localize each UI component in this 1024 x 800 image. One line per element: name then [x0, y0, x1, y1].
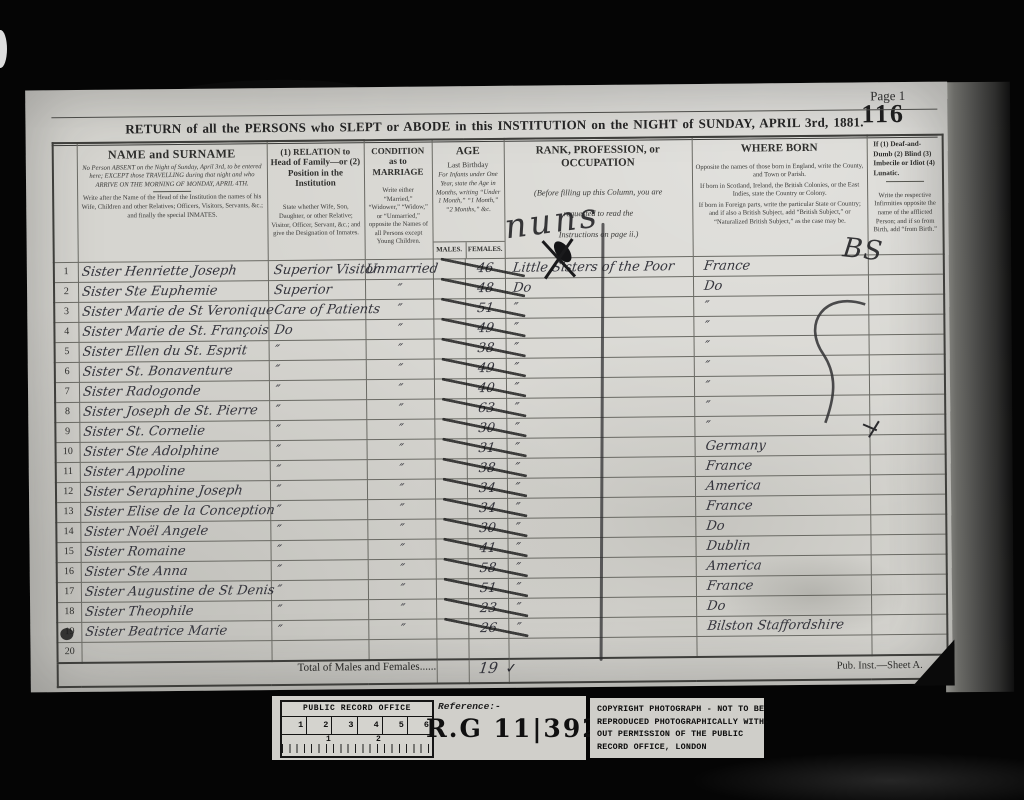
- cell-rel: ″: [270, 460, 367, 481]
- col-name: NAME and SURNAME No Person ABSENT on the…: [77, 141, 268, 262]
- col-age-subtitle: Last Birthday: [432, 157, 503, 169]
- cell-cond: ″: [367, 439, 435, 460]
- handwritten-entry: ″: [397, 421, 404, 438]
- col-age-title: AGE: [432, 145, 503, 158]
- cell-rel: ″: [269, 340, 366, 361]
- col-row-number: [53, 143, 78, 263]
- sheet-footer-note: Pub. Inst.—Sheet A.: [837, 660, 923, 672]
- col-where-born-instructions-3: If born in Foreign parts, write the part…: [693, 198, 867, 227]
- handwritten-entry: ″: [398, 581, 405, 598]
- handwritten-entry: France: [704, 457, 753, 474]
- ink-blot: [60, 628, 73, 640]
- total-females-cell: 19 ✓: [469, 659, 509, 683]
- cell-inf: [868, 274, 944, 295]
- cell-rel: ″: [271, 620, 368, 641]
- film-bottom-glow: [690, 752, 1024, 800]
- handwritten-entry: Do: [273, 322, 293, 339]
- cell-cond: ″: [367, 539, 435, 560]
- col-name-instructions-1: No Person ABSENT on the Night of Sunday,…: [77, 161, 266, 191]
- cell-name: Sister St. Bonaventure: [79, 361, 269, 383]
- cell-inf: [868, 294, 944, 315]
- cell-cond: ″: [368, 559, 436, 580]
- handwritten-entry: ″: [276, 622, 283, 639]
- col-age-instructions: For Infants under One Year, state the Ag…: [432, 169, 503, 214]
- handwritten-entry: ″: [396, 341, 403, 358]
- cell-fem: 34: [467, 498, 507, 518]
- cell-occ: ″: [505, 317, 693, 339]
- handwritten-entry: Sister Beatrice Marie: [84, 623, 228, 641]
- cell-num: 15: [56, 542, 80, 562]
- cell-inf: [870, 454, 946, 475]
- cell-num: 11: [56, 462, 80, 482]
- copyright-line: OUT PERMISSION OF THE PUBLIC: [597, 728, 764, 741]
- pro-office-label: PUBLIC RECORD OFFICE: [282, 702, 432, 717]
- cell-num: 2: [54, 282, 78, 302]
- handwritten-entry: ″: [396, 301, 403, 318]
- cell-rel: ″: [269, 420, 366, 441]
- ruler-ticks: 1 2: [282, 735, 432, 753]
- handwritten-entry: ″: [703, 378, 710, 395]
- col-name-instructions-2: Write after the Name of the Head of the …: [78, 192, 267, 222]
- handwritten-entry: ″: [398, 561, 405, 578]
- cell-num: 4: [54, 322, 78, 342]
- total-males-cell: [437, 659, 469, 683]
- handwritten-entry: France: [702, 257, 751, 274]
- cell-name: Sister Marie de St Veronique: [78, 301, 268, 323]
- cell-cond: ″: [367, 479, 435, 500]
- handwritten-entry: ″: [274, 442, 281, 459]
- handwritten-entry: Sister Augustine de St Denis: [83, 582, 275, 601]
- handwritten-entry: Sister Radogonde: [81, 383, 201, 401]
- cell-fem: 30: [466, 418, 506, 438]
- cell-born: America: [695, 475, 870, 497]
- cell-name: Sister Theophile: [81, 601, 271, 623]
- cell-cond: ″: [366, 379, 434, 400]
- handwritten-entry: ″: [396, 361, 403, 378]
- cell-born: Do: [693, 275, 868, 297]
- cell-fem: 49: [465, 318, 505, 338]
- cell-num: 14: [56, 522, 80, 542]
- header-row: NAME and SURNAME No Person ABSENT on the…: [53, 135, 944, 263]
- divider: [886, 181, 924, 182]
- cell-fem: 23: [468, 598, 508, 618]
- ruler-sub-number: 2: [376, 735, 381, 744]
- cell-num: 13: [56, 502, 80, 522]
- handwritten-entry: America: [704, 477, 761, 495]
- cell-name: Sister Romaine: [80, 541, 270, 563]
- cell-fem: 34: [467, 478, 507, 498]
- ruler-number: 1: [282, 717, 307, 734]
- census-sheet: Page 1 116 RETURN of all the PERSONS who…: [25, 82, 953, 693]
- handwritten-entry: ″: [274, 422, 281, 439]
- handwritten-entry: ″: [274, 402, 281, 419]
- cell-num: 9: [55, 422, 79, 442]
- handwritten-entry: ″: [396, 321, 403, 338]
- col-condition-instructions: Write either “Married,” “Widower,” “Wido…: [365, 185, 433, 248]
- cell-occ: ″: [506, 337, 694, 359]
- cell-rel: ″: [269, 400, 366, 421]
- ruler-number: 4: [358, 717, 383, 734]
- cell-rel: [271, 640, 368, 661]
- cell-inf: [869, 394, 945, 415]
- cell-fem: [468, 638, 508, 659]
- cell-num: 8: [55, 402, 79, 422]
- smudge-stain: [718, 550, 909, 638]
- cell-name: Sister Appoline: [80, 461, 270, 483]
- occupation-instr-line: (Before filling up this Column, you are: [505, 182, 692, 205]
- cell-rel: ″: [271, 600, 368, 621]
- cell-rel: ″: [270, 440, 367, 461]
- cell-fem: 38: [466, 338, 506, 358]
- cell-fem: 26: [468, 618, 508, 638]
- cell-num: 6: [55, 362, 79, 382]
- cell-inf: [868, 314, 944, 335]
- col-where-born: WHERE BORN Opposite the names of those b…: [692, 135, 868, 256]
- handwritten-entry: France: [705, 497, 754, 514]
- cell-rel: ″: [270, 520, 367, 541]
- handwritten-entry: ″: [273, 382, 280, 399]
- handwritten-entry: ″: [396, 281, 403, 298]
- cell-fem: 51: [465, 298, 505, 318]
- cell-rel: ″: [269, 380, 366, 401]
- cell-cond: Unmarried: [365, 259, 433, 280]
- col-infirmity-title: If (1) Deaf-and-Dumb (2) Blind (3) Imbec…: [867, 136, 942, 180]
- handwritten-entry: ″: [275, 522, 282, 539]
- handwritten-entry: Sister Marie de St Veronique: [81, 302, 275, 321]
- cell-cond: ″: [366, 339, 434, 360]
- ruler-number: 5: [383, 717, 408, 734]
- cell-cond: ″: [366, 359, 434, 380]
- col-where-born-title: WHERE BORN: [692, 141, 866, 155]
- cell-fem: 63: [466, 398, 506, 418]
- cell-inf: [870, 514, 946, 535]
- handwritten-entry: ″: [276, 602, 283, 619]
- col-age-subcolumns: MALES. FEMALES.: [433, 241, 504, 259]
- handwritten-entry: Sister Joseph de St. Pierre: [82, 402, 259, 421]
- copyright-line: COPYRIGHT PHOTOGRAPH - NOT TO BE: [597, 703, 764, 716]
- handwritten-entry: Do: [705, 518, 725, 535]
- handwritten-entry: Sister Ste Anna: [83, 563, 188, 581]
- handwritten-entry: ″: [397, 481, 404, 498]
- handwritten-entry: Little Sisters of the Poor: [511, 258, 674, 277]
- copyright-line: RECORD OFFICE, LONDON: [597, 741, 764, 754]
- handwritten-entry: ″: [273, 342, 280, 359]
- cell-inf: [870, 494, 946, 515]
- handwritten-entry: ″: [398, 501, 405, 518]
- handwritten-entry: ″: [398, 521, 405, 538]
- handwritten-entry: ″: [275, 542, 282, 559]
- col-where-born-instructions-1: Opposite the names of those born in Engl…: [692, 160, 866, 181]
- handwritten-entry: ″: [704, 418, 711, 435]
- handwritten-entry: Do: [702, 278, 722, 295]
- cell-cond: ″: [365, 319, 433, 340]
- cell-inf: [869, 414, 945, 435]
- cell-cond: ″: [367, 519, 435, 540]
- cell-inf: [871, 634, 947, 655]
- cell-inf: [869, 434, 945, 455]
- cell-fem: 58: [468, 558, 508, 578]
- cell-rel: Do: [268, 320, 365, 341]
- cell-rel: ″: [270, 540, 367, 561]
- cell-occ: ″: [506, 357, 694, 379]
- cell-inf: [869, 354, 945, 375]
- cell-fem: 40: [466, 378, 506, 398]
- cell-cond: [368, 639, 436, 660]
- handwritten-entry: ″: [703, 318, 710, 335]
- cell-name: Sister Beatrice Marie: [81, 621, 271, 643]
- col-relation-title: (1) RELATION to Head of Family—or (2) Po…: [267, 146, 363, 188]
- handwritten-entry: Sister Appoline: [82, 463, 185, 481]
- handwritten-entry: ″: [397, 401, 404, 418]
- cell-name: Sister Marie de St. François: [78, 321, 268, 343]
- col-females-label: FEMALES.: [466, 242, 504, 258]
- cell-fem: 31: [466, 438, 506, 458]
- handwritten-entry: Unmarried: [364, 260, 438, 278]
- handwritten-entry: ″: [703, 338, 710, 355]
- cell-fem: 30: [467, 518, 507, 538]
- cell-cond: ″: [368, 579, 436, 600]
- handwritten-entry: Sister St. Bonaventure: [81, 362, 233, 380]
- cell-fem: 51: [468, 578, 508, 598]
- cell-rel: ″: [269, 360, 366, 381]
- bs-scrawl-annotation: BS: [841, 232, 885, 267]
- handwritten-entry: ″: [273, 362, 280, 379]
- handwritten-entry: ″: [275, 562, 282, 579]
- handwritten-entry: ″: [397, 441, 404, 458]
- cell-num: 3: [54, 302, 78, 322]
- cell-rel: ″: [271, 580, 368, 601]
- col-condition-title: CONDITION as to MARRIAGE: [364, 146, 431, 178]
- cell-cond: ″: [368, 619, 436, 640]
- cell-name: Sister Ste Anna: [81, 561, 271, 583]
- cell-born: Germany: [694, 435, 869, 457]
- ruler-number: 3: [332, 717, 357, 734]
- cell-cond: ″: [366, 419, 434, 440]
- handwritten-entry: Sister Noël Angele: [83, 523, 209, 541]
- cell-num: 1: [54, 262, 78, 282]
- copyright-line: REPRODUCED PHOTOGRAPHICALLY WITH-: [597, 716, 764, 729]
- handwritten-entry: ″: [398, 541, 405, 558]
- cell-inf: [869, 334, 945, 355]
- total-label: Total of Males and Females......: [58, 660, 437, 688]
- cell-num: 20: [57, 642, 81, 663]
- cell-rel: Superior: [268, 280, 365, 301]
- cell-rel: ″: [271, 560, 368, 581]
- handwritten-entry: Sister Seraphine Joseph: [82, 482, 243, 501]
- cell-inf: [870, 474, 946, 495]
- cell-fem: 41: [467, 538, 507, 558]
- col-occupation-title: RANK, PROFESSION, or OCCUPATION: [504, 143, 691, 170]
- handwritten-entry: ″: [399, 621, 406, 638]
- copyright-stamp-box: COPYRIGHT PHOTOGRAPH - NOT TO BE REPRODU…: [590, 698, 764, 758]
- handwritten-entry: ″: [274, 482, 281, 499]
- handwritten-entry: Superior: [272, 281, 332, 299]
- col-where-born-instructions-2: If born in Scotland, Ireland, the Britis…: [693, 179, 867, 200]
- handwritten-entry: ″: [703, 358, 710, 375]
- cell-rel: Care of Patients: [268, 300, 365, 321]
- col-age: AGE Last Birthday For Infants under One …: [432, 139, 505, 259]
- cell-born: Do: [695, 515, 870, 537]
- handwritten-entry: Sister Marie de St. François: [81, 322, 269, 341]
- ruler-tick-marks: [282, 744, 432, 753]
- cell-name: Sister Ste Adolphine: [80, 441, 270, 463]
- handwritten-entry: ″: [275, 502, 282, 519]
- handwritten-entry: Superior Visitor: [272, 261, 379, 279]
- cell-inf: [869, 374, 945, 395]
- handwritten-entry: ″: [396, 381, 403, 398]
- cell-occ: Little Sisters of the Poor: [505, 257, 693, 279]
- ruler-sub-number: 1: [326, 735, 331, 744]
- handwritten-entry: Sister Elise de la Conception: [83, 502, 276, 521]
- handwritten-entry: ″: [399, 601, 406, 618]
- handwritten-entry: ″: [703, 298, 710, 315]
- cell-cond: ″: [367, 459, 435, 480]
- cell-cond: ″: [366, 399, 434, 420]
- handwritten-entry: Germany: [704, 437, 766, 455]
- cell-name: Sister Augustine de St Denis: [81, 581, 271, 603]
- handwritten-entry: Sister Ste Adolphine: [82, 443, 220, 461]
- handwritten-entry: Sister Romaine: [83, 543, 186, 561]
- col-relation-instructions: State whether Wife, Son, Daughter, or ot…: [268, 202, 364, 239]
- checkmark-annotation: ✓: [505, 661, 517, 677]
- cell-name: Sister Joseph de St. Pierre: [79, 401, 269, 423]
- cell-born: France: [695, 455, 870, 477]
- cell-occ: ″: [505, 297, 693, 319]
- cell-fem: 38: [467, 458, 507, 478]
- curved-pen-stroke: [795, 296, 878, 429]
- cell-fem: 46: [465, 258, 505, 278]
- cell-num: 12: [56, 482, 80, 502]
- cell-num: 16: [57, 562, 81, 582]
- cell-name: Sister Henriette Joseph: [78, 261, 268, 283]
- handwritten-entry: Sister Henriette Joseph: [80, 262, 237, 281]
- handwritten-entry: Sister Ellen du St. Esprit: [81, 342, 248, 361]
- reference-label: Reference:-: [438, 701, 501, 712]
- handwritten-entry: ″: [704, 398, 711, 415]
- cell-cond: ″: [368, 599, 436, 620]
- cell-name: [81, 641, 271, 663]
- cell-cond: ″: [367, 499, 435, 520]
- cell-num: 7: [55, 382, 79, 402]
- cell-born: [696, 635, 871, 657]
- cell-occ: Do: [505, 277, 693, 299]
- cell-born: France: [695, 495, 870, 517]
- col-relation: (1) RELATION to Head of Family—or (2) Po…: [267, 140, 365, 260]
- handwritten-entry: Do: [511, 280, 531, 297]
- pro-stamp-strip: PUBLIC RECORD OFFICE 1 2 3 4 5 6 1 2 Ref…: [272, 696, 586, 760]
- cell-name: Sister Noël Angele: [80, 521, 270, 543]
- cell-rel: Superior Visitor: [268, 260, 365, 281]
- handwritten-entry: Sister Theophile: [84, 603, 194, 621]
- handwritten-entry: Care of Patients: [273, 301, 381, 319]
- cell-name: Sister Radogonde: [79, 381, 269, 403]
- film-edge-blob: [0, 30, 7, 68]
- col-infirmity-instructions: Write the respective Infirmities opposit…: [868, 190, 943, 236]
- handwritten-entry: Sister St. Cornelie: [82, 423, 206, 441]
- handwritten-entry: ″: [275, 582, 282, 599]
- cell-fem: 48: [465, 278, 505, 298]
- handwritten-entry: Sister Ste Euphemie: [80, 283, 218, 301]
- pro-ruler-box: PUBLIC RECORD OFFICE 1 2 3 4 5 6 1 2: [280, 700, 434, 758]
- ruler-number: 2: [307, 717, 332, 734]
- cell-name: Sister Elise de la Conception: [80, 501, 270, 523]
- cell-male: [436, 639, 468, 660]
- cell-num: 5: [55, 342, 79, 362]
- cell-name: Sister Ellen du St. Esprit: [79, 341, 269, 363]
- cell-rel: ″: [270, 500, 367, 521]
- handwritten-entry: ″: [274, 462, 281, 479]
- cell-fem: 49: [466, 358, 506, 378]
- cell-num: 17: [57, 582, 81, 602]
- cell-name: Sister Seraphine Joseph: [80, 481, 270, 503]
- cell-name: Sister St. Cornelie: [79, 421, 269, 443]
- total-females-value: 19: [478, 660, 499, 677]
- cell-cond: ″: [365, 279, 433, 300]
- cell-name: Sister Ste Euphemie: [78, 281, 268, 303]
- col-males-label: MALES.: [433, 242, 466, 258]
- cell-rel: ″: [270, 480, 367, 501]
- ruler-number-row: 1 2 3 4 5 6: [282, 717, 432, 735]
- cell-num: 10: [56, 442, 80, 462]
- col-condition: CONDITION as to MARRIAGE Write either “M…: [364, 140, 433, 260]
- film-page-edge-strip: [942, 82, 1014, 692]
- cell-num: 18: [57, 602, 81, 622]
- handwritten-entry: ″: [397, 461, 404, 478]
